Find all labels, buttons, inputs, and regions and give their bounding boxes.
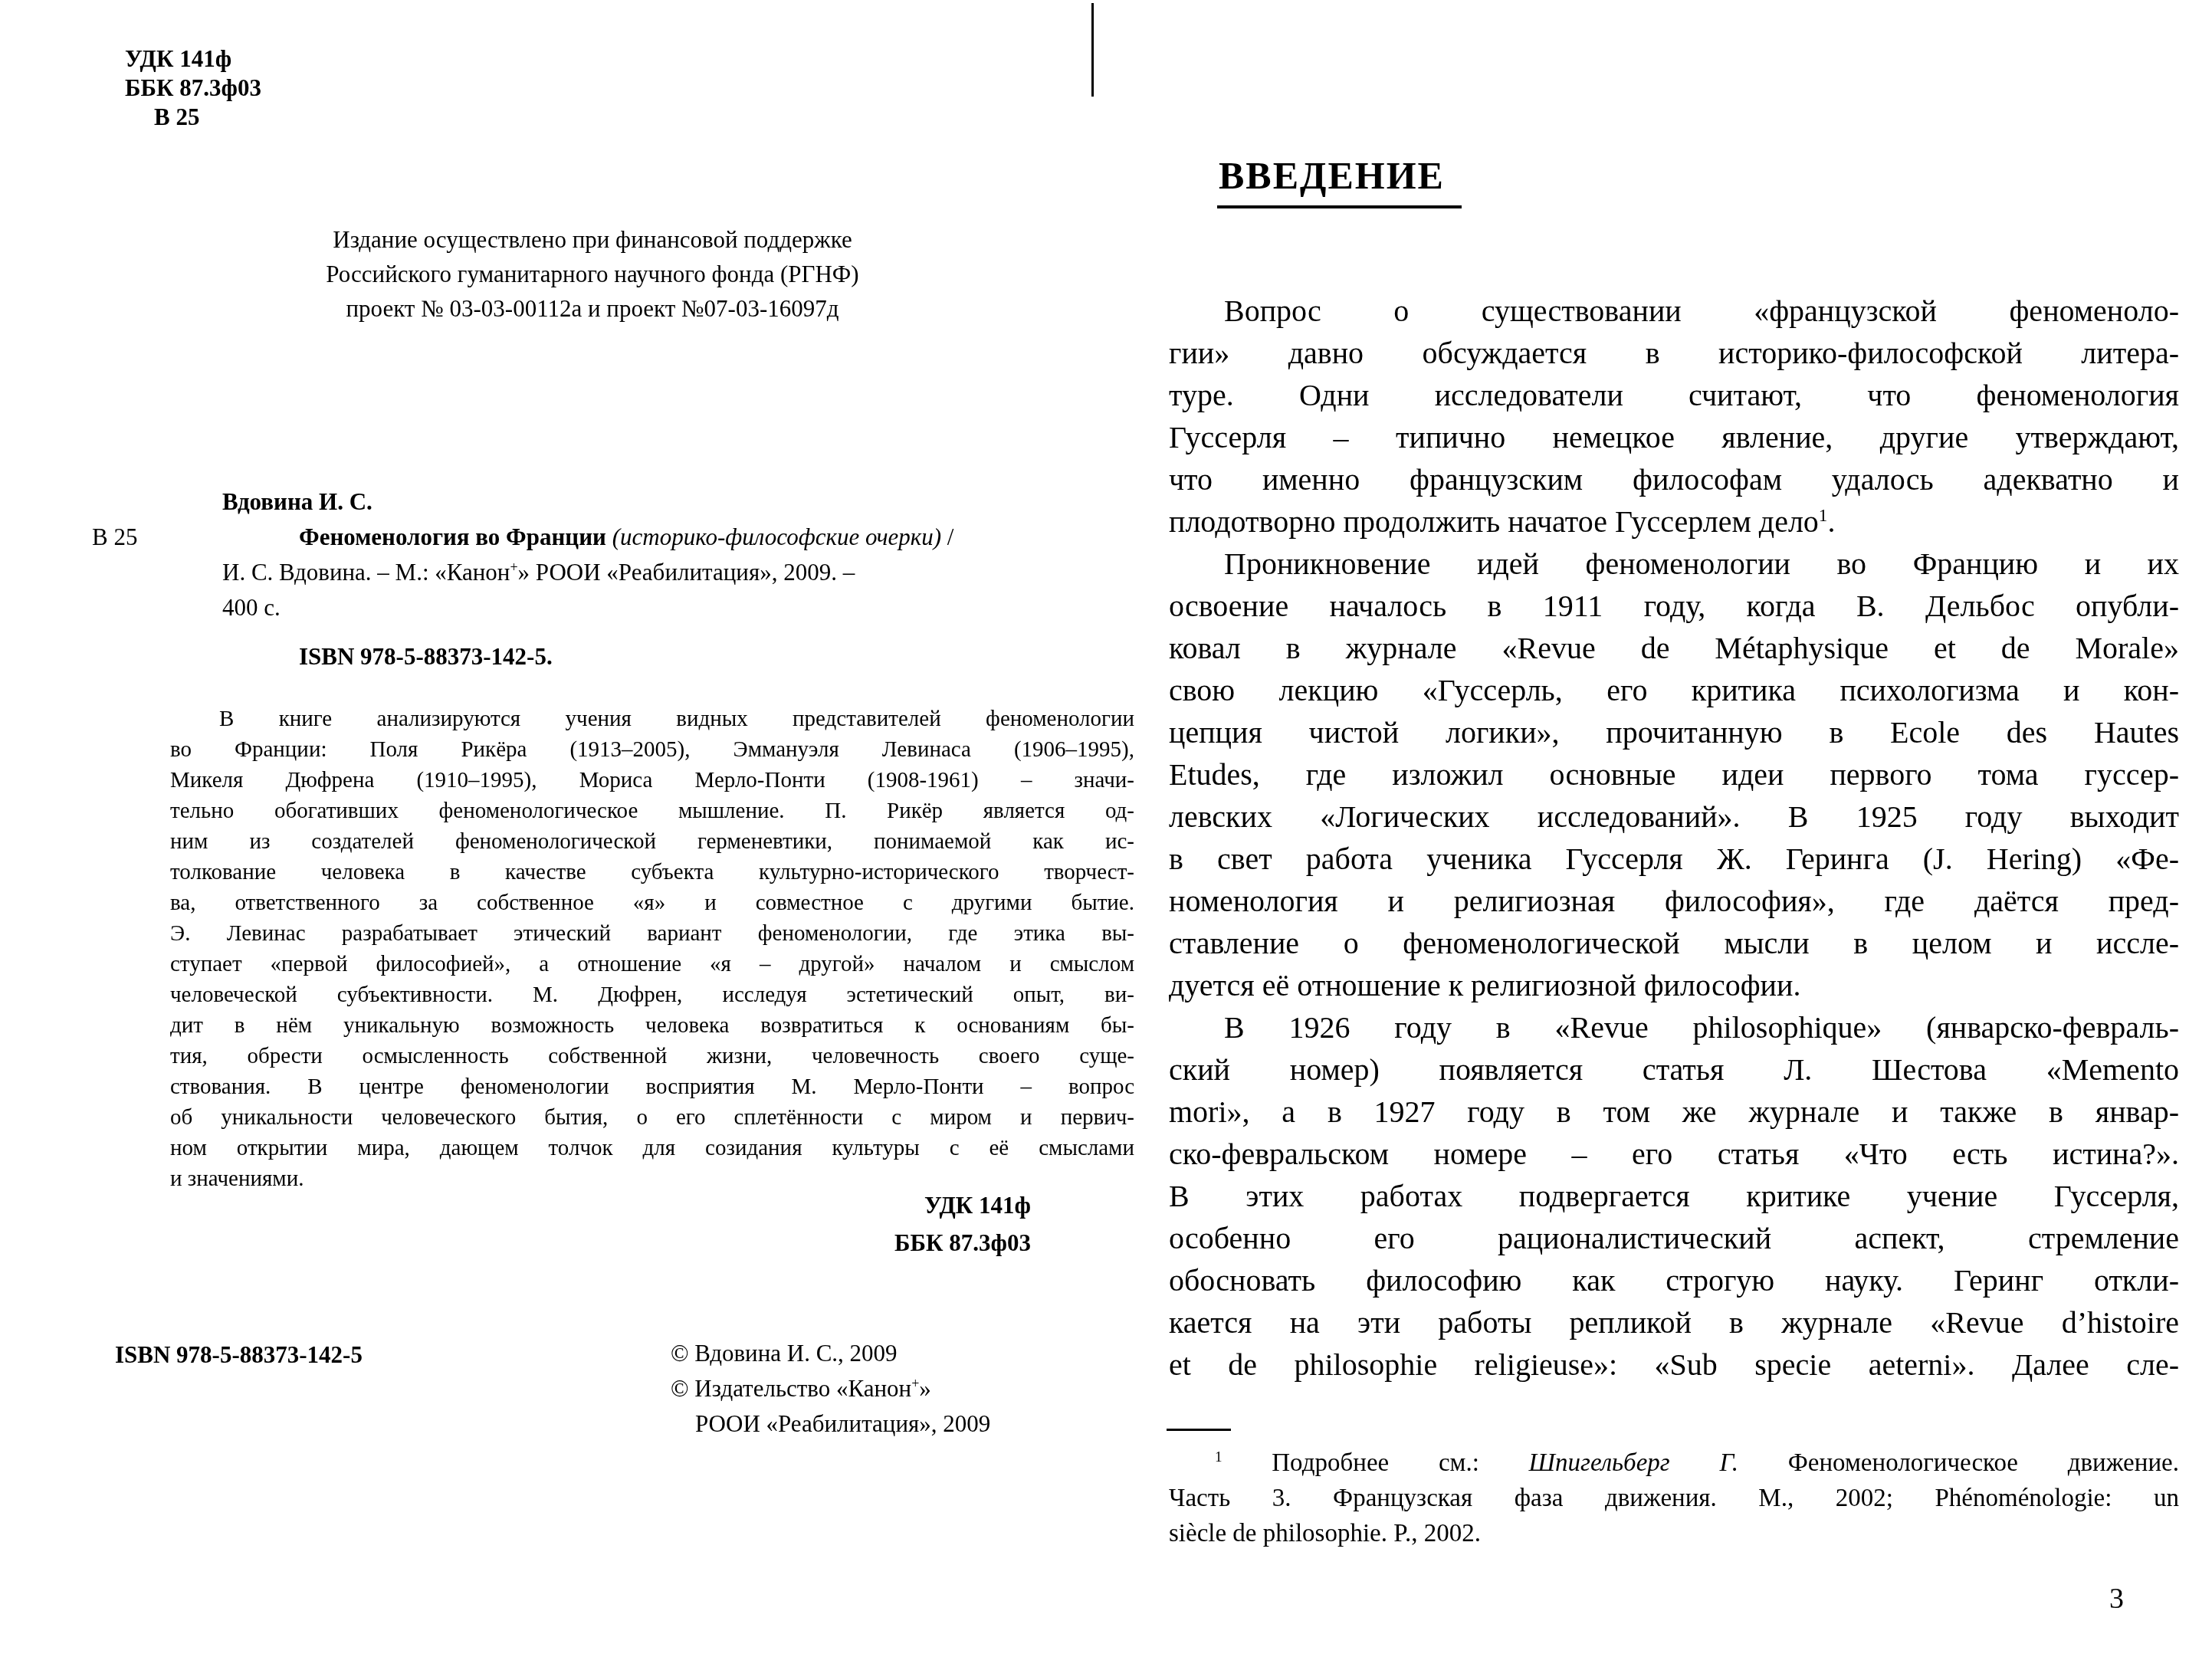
kanon-plus-superscript: + [911,1376,919,1391]
book-title: Феноменология во Франции [299,523,606,550]
annotation-line: Э. Левинас разрабатывает этический вариа… [170,918,1134,949]
body-line: в свет работа ученика Гуссерля Ж. Геринг… [1169,838,2179,880]
footnote-line: Часть 3. Французская фаза движения. М., … [1169,1481,2179,1516]
annotation-line: толкование человека в качестве субъекта … [170,857,1134,888]
imprint-text: » РООИ «Реабилитация», 2009. – [518,559,855,586]
body-line-text: . [1827,504,1835,539]
body-line: особенно его рационалистический аспект, … [1169,1217,2179,1259]
footnote-line: siècle de philosophie. P., 2002. [1169,1516,2179,1551]
udk-code-footer: УДК 141ф [801,1186,1031,1224]
annotation-line: ном открытии мира, дающем толчок для соз… [170,1133,1134,1163]
udk-code: УДК 141ф [125,44,261,74]
book-subtitle: (историко-философские очерки) [606,523,941,550]
copyright-publisher: © Издательство «Канон+» [671,1371,990,1406]
funding-note: Издание осуществлено при финансовой подд… [217,222,968,326]
annotation-line: Микеля Дюфрена (1910–1995), Мориса Мерло… [170,765,1134,796]
body-line: ставление о феноменологической мысли в ц… [1169,922,2179,964]
author-sign-code: В 25 [125,103,261,132]
chapter-heading-text: ВВЕДЕНИЕ [1217,153,1462,208]
body-line: В 1926 году в «Revue philosophique» (янв… [1169,1006,2179,1048]
body-line: освоение началось в 1911 году, когда В. … [1169,585,2179,627]
book-spread-scan: УДК 141ф ББК 87.3ф03 В 25 Издание осущес… [0,0,2212,1680]
footnote-text: Подробнее см.: [1223,1449,1529,1477]
copyright-author: © Вдовина И. С., 2009 [671,1336,990,1371]
body-line-text: плодотворно продолжить начатое Гуссерлем… [1169,504,1819,539]
body-line: ковал в журнале «Revue de Métaphysique e… [1169,627,2179,669]
body-line: кается на эти работы репликой в журнале … [1169,1301,2179,1344]
body-line: et de philosophie religieuse»: «Sub spec… [1169,1344,2179,1386]
card-imprint-line: И. С. Вдовина. – М.: «Канон+» РООИ «Реаб… [222,555,1142,590]
page-number: 3 [2109,1582,2124,1616]
body-line: цепция чистой логики», прочитанную в Eco… [1169,711,2179,753]
footnote-text: Феноменологическое движение. [1738,1449,2179,1477]
bbk-code: ББК 87.3ф03 [125,74,261,103]
card-author: Вдовина И. С. [222,484,1142,520]
body-line: что именно французским философам удалось… [1169,458,2179,500]
gutter-divider-line [1091,3,1094,97]
footnote-reference-1: 1 [1819,506,1828,526]
body-line: Гуссерля – типично немецкое явление, дру… [1169,416,2179,458]
footnote-marker-1: 1 [1215,1449,1223,1465]
annotation-line: ним из создателей феноменологической гер… [170,826,1134,857]
annotation-line: дит в нём уникальную возможность человек… [170,1010,1134,1041]
body-line: mori», а в 1927 году в том же журнале и … [1169,1091,2179,1133]
kanon-plus-superscript: + [510,559,517,575]
title-separator: / [941,523,953,550]
annotation-line: ва, ответственного за собственное «я» и … [170,888,1134,918]
bbk-code-footer: ББК 87.3ф03 [801,1224,1031,1262]
chapter-heading: ВВЕДЕНИЕ [1217,153,1462,208]
copyright-block: © Вдовина И. С., 2009 © Издательство «Ка… [671,1336,990,1442]
copyright-publisher-text: » [919,1375,931,1402]
card-index-code: В 25 [92,520,137,555]
annotation-line: В книге анализируются учения видных пред… [170,704,1134,734]
body-line: дуется её отношение к религиозной филосо… [1169,964,2179,1006]
funding-line: Российского гуманитарного научного фонда… [217,257,968,291]
copyright-publisher-text: © Издательство «Канон [671,1375,911,1402]
body-line: туре. Одни исследователи считают, что фе… [1169,374,2179,416]
introduction-body: Вопрос о существовании «французской фено… [1169,290,2179,1386]
body-line: свою лекцию «Гуссерль, его критика психо… [1169,669,2179,711]
funding-line: Издание осуществлено при финансовой подд… [217,222,968,257]
body-line: Проникновение идей феноменологии во Фран… [1169,543,2179,585]
body-line: левских «Логических исследований». В 192… [1169,796,2179,838]
body-line: обосновать философию как строгую науку. … [1169,1259,2179,1301]
card-title-line: Феноменология во Франции (историко-филос… [222,520,1142,555]
card-isbn: ISBN 978-5-88373-142-5. [299,639,1142,674]
annotation-line: человеческой субъективности. М. Дюфрен, … [170,979,1134,1010]
body-line: ский номер) появляется статья Л. Шестова… [1169,1048,2179,1091]
annotation-line: ступает «первой философией», а отношение… [170,949,1134,979]
catalog-card: Вдовина И. С. В 25 Феноменология во Фран… [92,484,1142,674]
footnote-line: 1 Подробнее см.: Шпигельберг Г. Феномено… [1169,1445,2179,1481]
card-pages-line: 400 с. [222,590,1142,625]
body-line: В этих работах подвергается критике учен… [1169,1175,2179,1217]
annotation-line: во Франции: Поля Рикёра (1913–2005), Эмм… [170,734,1134,765]
paragraph-3: В 1926 году в «Revue philosophique» (янв… [1169,1006,2179,1386]
body-line: номенология и религиозная философия», гд… [1169,880,2179,922]
udk-classification-block: УДК 141ф ББК 87.3ф03 В 25 [125,44,261,132]
imprint-text: И. С. Вдовина. – М.: «Канон [222,559,510,586]
card-body: Феноменология во Франции (историко-филос… [222,520,1142,674]
copyright-rooi: РООИ «Реабилитация», 2009 [671,1406,990,1442]
footnote-block: 1 Подробнее см.: Шпигельберг Г. Феномено… [1169,1445,2179,1551]
annotation-line: тия, обрести осмысленность собственной ж… [170,1041,1134,1071]
funding-line: проект № 03-03-00112а и проект №07-03-16… [217,291,968,326]
body-line: Вопрос о существовании «французской фено… [1169,290,2179,332]
annotation-line: ствования. В центре феноменологии воспри… [170,1071,1134,1102]
annotation-line: тельно обогативших феноменологическое мы… [170,796,1134,826]
body-line: плодотворно продолжить начатое Гуссерлем… [1169,500,2179,543]
body-line: ско-февральском номере – его статья «Что… [1169,1133,2179,1175]
annotation-line: об уникальности человеческого бытия, о е… [170,1102,1134,1133]
annotation-paragraph: В книге анализируются учения видных пред… [170,704,1134,1194]
footnote-separator-rule [1167,1429,1231,1431]
paragraph-1: Вопрос о существовании «французской фено… [1169,290,2179,543]
body-line: Etudes, где изложил основные идеи первог… [1169,753,2179,796]
paragraph-2: Проникновение идей феноменологии во Фран… [1169,543,2179,1006]
isbn-bottom: ISBN 978-5-88373-142-5 [115,1341,363,1369]
udk-footer-block: УДК 141ф ББК 87.3ф03 [801,1186,1031,1262]
body-line: гии» давно обсуждается в историко-филосо… [1169,332,2179,374]
footnote-author-italic: Шпигельберг Г. [1529,1449,1738,1477]
